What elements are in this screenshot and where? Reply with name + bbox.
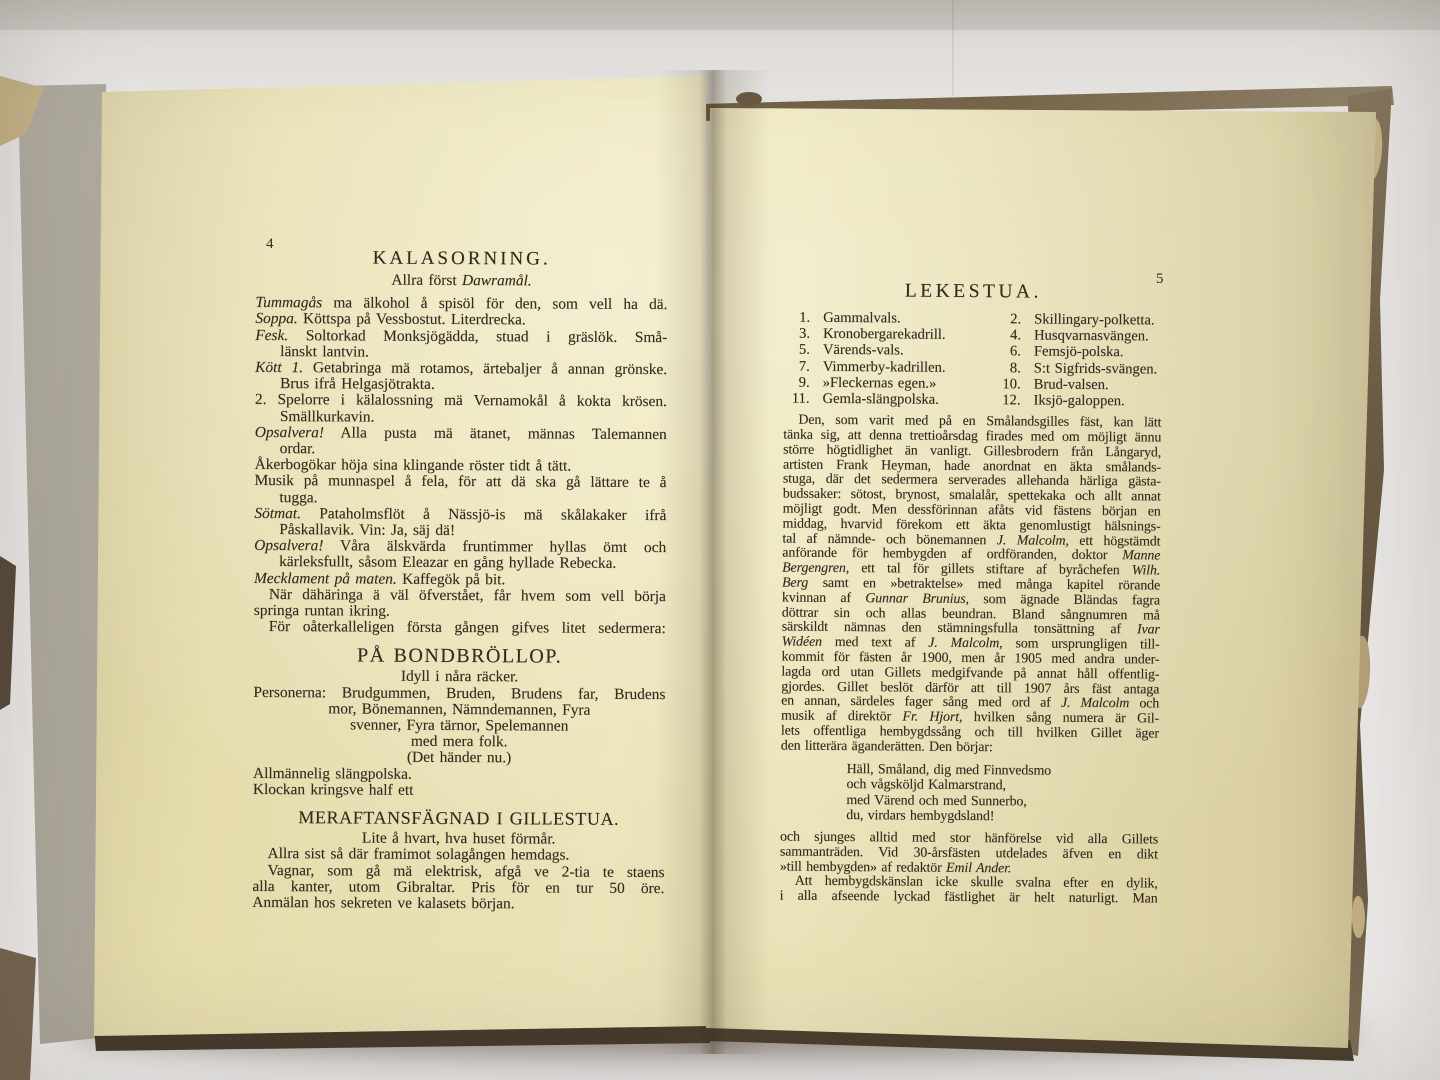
italic-text: J. Malcolm, [928,636,1003,652]
italic-text: Ivar [1137,623,1160,638]
dance-number: 11. [783,391,809,407]
text-segment: PÅ BONDBRÖLLOP. [357,645,562,668]
text-segment: i alla afseende lyckad fästlighet är hel… [780,889,1158,907]
page-left-title: KALASORNING. [256,246,668,272]
text-segment: Påskallavik. Vin: Ja, säj dä! [279,521,455,539]
backdrop-seam [952,0,954,96]
text-segment: Brus ifrå Helgasjötrakta. [280,375,435,393]
text-segment: svenner, Fyra tärnor, Spelemannen [350,717,568,735]
italic-text: Widéen [782,635,822,650]
text-segment: Kaffegök på bit. [397,570,506,588]
page-left-text: KALASORNING.Allra först Dawramål.Tummagå… [252,246,667,913]
italic-text: J. Malcolm, [997,533,1069,549]
dance-list-row: 11.Gemla-slängpolska.12.Iksjö-galoppen. [783,391,1161,410]
text-segment: Alla pusta mä ätanet, männas Talemannen [324,424,667,443]
dance-title: Gemla-slängpolska. [822,391,992,409]
text-segment: Idyll i nåra räcker. [401,668,518,686]
text-line: Anmälan hos sekreten ve kalasets början. [252,895,664,913]
dance-number: 3. [784,326,810,342]
italic-text: Fr. Hjort, [902,710,962,725]
text-segment: ett högstämdt [1069,533,1161,549]
dance-number: 9. [784,374,810,390]
italic-text: Opsalvera! [254,537,323,554]
dance-title: Husqvarnasvängen. [1034,328,1162,345]
text-segment: Häll, Småland, dig med Finnvedsmo [847,762,1052,779]
dance-number: 6. [993,344,1021,360]
dance-number: 10. [993,376,1021,392]
text-line: För oåterkalleligen första gången gifves… [254,619,666,637]
text-segment: som ursprungligen till- [1003,636,1160,652]
dance-title: Kronobergarekadrill. [823,326,993,344]
dance-title: Skillingary-polketta. [1034,311,1162,328]
italic-text: Kött 1. [255,359,303,376]
text-segment: och vågsköljd Kalmarstrand, [846,777,1006,793]
text-segment: (Det händer nu.) [407,749,511,767]
backdrop-top-shade [0,0,1440,30]
page-number-right: 5 [1156,271,1164,288]
italic-text: Gunnar Brunius, [865,591,969,607]
dance-number: 12. [992,392,1020,408]
italic-text: J. Malcolm [1061,696,1129,712]
text-line: Allra först Dawramål. [256,272,668,290]
text-segment: Klockan kringsve half ett [253,781,414,799]
dance-title: »Fleckernas egen.» [823,375,993,393]
italic-text: Mecklament på maten. [254,570,397,588]
dance-number: 2. [993,311,1021,327]
page-number-left: 4 [266,236,274,253]
text-segment: springa runtan ikring. [254,602,390,620]
text-segment: LEKESTUA. [905,280,1042,302]
page-right-title: LEKESTUA. [784,279,1162,306]
text-line: du, virdars hembygdsland! [780,808,1158,827]
paper-tatter [736,92,762,106]
text-segment: Lite å hvart, hva huset förmår. [362,830,555,848]
text-segment: För oåterkalleligen första gången gifves… [269,618,666,637]
text-segment: Allra först [391,272,462,289]
text-line: i alla afseende lyckad fästlighet är hel… [780,890,1158,908]
book-photo: 4 5 KALASORNING.Allra först Dawramål.Tum… [0,0,1440,1080]
text-segment: Anmälan hos sekreten ve kalasets början. [252,894,514,912]
italic-text: Fesk. [255,327,288,344]
dance-number: 8. [993,360,1021,376]
dance-number: 4. [993,327,1021,343]
section-heading: PÅ BONDBRÖLLOP. [254,642,666,670]
italic-text: Opsalvera! [255,424,324,441]
text-segment: med text af [822,635,928,651]
text-segment: Allmännelig slängpolska. [253,765,412,783]
dance-title: Vimmerby-kadrillen. [823,358,993,376]
italic-text: Berg [782,576,808,591]
dance-number: 7. [784,358,810,374]
text-line: Opsalvera! Alla pusta mä ätanet, männas … [255,425,667,443]
text-segment: med mera folk. [411,733,508,751]
text-segment: med Värend och med Sunnerbo, [846,793,1026,809]
text-segment: musik af direktör [781,709,903,725]
italic-text: Soppa. [255,310,297,327]
text-segment: tugga. [279,489,317,506]
italic-text: Dawramål. [462,272,532,289]
italic-text: Manne [1122,549,1160,564]
text-segment: ordar. [280,440,316,457]
text-segment: och [1129,697,1159,712]
italic-text: Bergengren, [782,561,849,577]
italic-text: Emil Ander. [946,860,1011,876]
italic-text: Sötmat. [254,505,301,522]
dance-title: Värends-vals. [823,342,993,360]
text-segment: som ägnade Bländas fagra [969,592,1160,609]
section-heading: MERAFTANSFÄGNAD I GILLESTUA. [253,805,665,832]
text-line: Klockan kringsve half ett [253,782,665,800]
text-segment: KALASORNING. [373,248,551,270]
dance-title: Gammalvals. [823,310,993,328]
text-segment: den litterära äganderätten. Den börjar: [781,738,993,755]
page-right-text: LEKESTUA.1.Gammalvals.2.Skillingary-polk… [780,279,1163,908]
paper-tatter [1352,896,1365,938]
text-segment: kvinnan af [782,590,865,606]
dance-title: S:t Sigfrids-svängen. [1034,360,1162,377]
text-segment: du, virdars hembygdsland! [846,808,994,824]
dance-number: 1. [784,310,810,326]
text-segment: länskt lantvin. [280,343,369,360]
dance-number: 5. [784,342,810,358]
dance-title: Iksjö-galoppen. [1033,393,1161,410]
text-segment: MERAFTANSFÄGNAD I GILLESTUA. [298,807,619,829]
italic-text: Tummagås [255,294,322,311]
italic-text: Wilh. [1132,563,1161,578]
dance-title: Brud-valsen. [1034,376,1162,393]
dance-title: Femsjö-polska. [1034,344,1162,361]
text-segment: Smällkurkavin. [280,408,375,425]
text-line: den litterära äganderätten. Den börjar: [781,739,1159,757]
